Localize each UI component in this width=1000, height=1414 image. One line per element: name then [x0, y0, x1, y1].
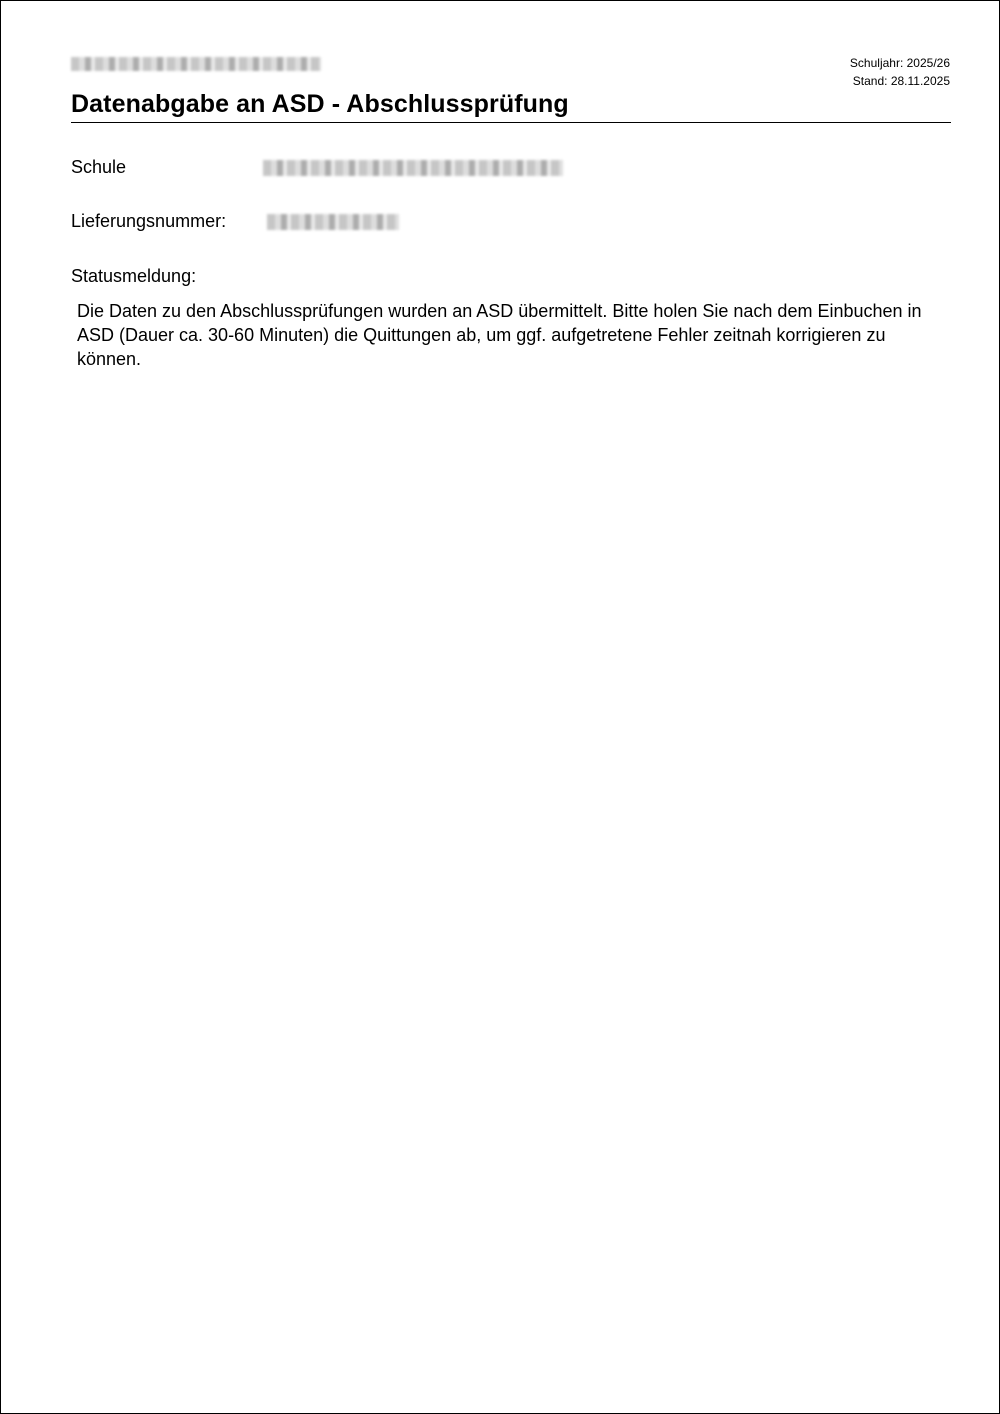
- school-name-redacted: [71, 57, 321, 71]
- date-stamp: Stand: 28.11.2025: [850, 72, 950, 90]
- school-year: Schuljahr: 2025/26: [850, 54, 950, 72]
- school-label: Schule: [71, 157, 126, 178]
- page-title: Datenabgabe an ASD - Abschlussprüfung: [71, 90, 569, 119]
- document-page: Schuljahr: 2025/26 Stand: 28.11.2025 Dat…: [0, 0, 1000, 1414]
- status-message: Die Daten zu den Abschlussprüfungen wurd…: [77, 299, 927, 371]
- status-label: Statusmeldung:: [71, 266, 196, 287]
- title-divider: [71, 122, 951, 123]
- delivery-number-redacted: [267, 214, 399, 230]
- school-value-redacted: [263, 160, 563, 176]
- document-meta: Schuljahr: 2025/26 Stand: 28.11.2025: [850, 54, 950, 90]
- delivery-number-label: Lieferungsnummer:: [71, 211, 226, 232]
